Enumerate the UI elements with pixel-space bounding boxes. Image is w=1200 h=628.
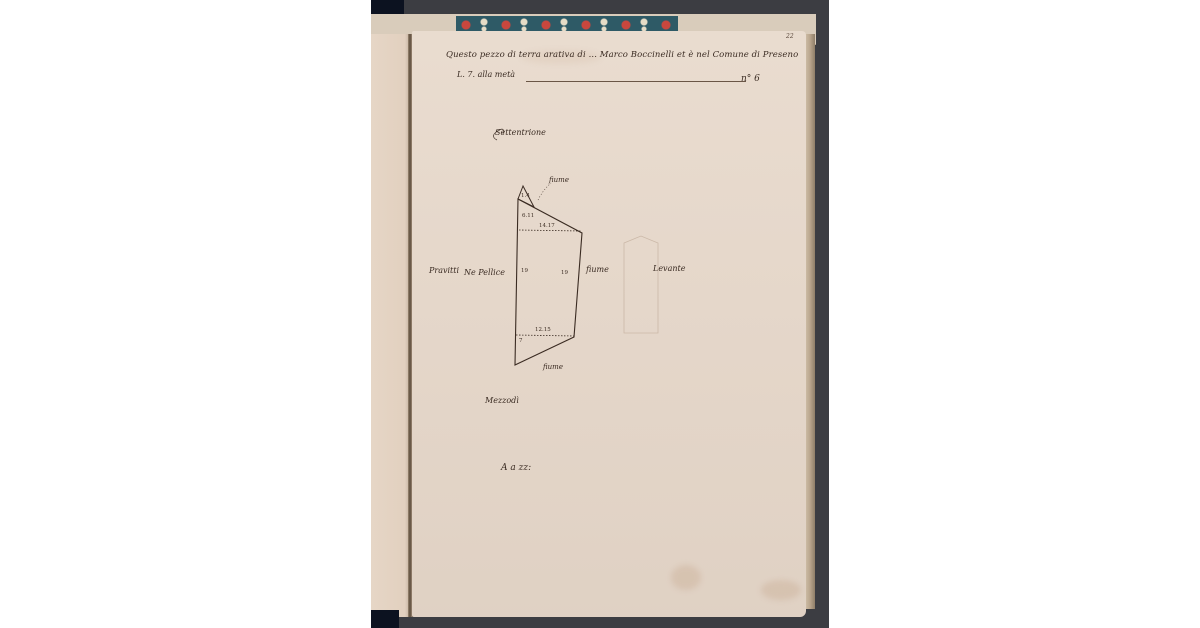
measure-right-side: 19 [561, 270, 568, 276]
header-title-line: Questo pezzo di terra arativa di ... Mar… [446, 50, 798, 60]
paper-stain [761, 580, 801, 600]
river-label-top: fiume [549, 176, 569, 184]
measure-bottom-corner: 7 [519, 338, 523, 344]
paper-stain [671, 565, 701, 590]
lot-number: n° 6 [741, 74, 760, 84]
book-gutter [408, 34, 412, 617]
scanner-bed-bottom [371, 610, 399, 628]
manuscript-page [412, 31, 806, 617]
boundary-west-name: Ne Pellice [464, 268, 505, 277]
left-page-edge [371, 34, 413, 617]
area-label: A a zz: [501, 463, 531, 473]
boundary-east-label: fiume [586, 265, 609, 274]
header-value-line: L. 7. alla metà [457, 70, 515, 79]
measure-top-width: 14.17 [539, 223, 555, 229]
measure-left-side: 19 [521, 268, 528, 274]
river-label-bottom: fiume [543, 363, 563, 371]
header-rule [526, 81, 746, 82]
triangle-measure: 1.4 [521, 193, 530, 199]
manuscript-scan: 22 Questo pezzo di terra arativa di ... … [371, 0, 829, 628]
measure-top-corner: 6.11 [522, 213, 534, 219]
measure-bottom-width: 12.15 [535, 327, 551, 333]
boundary-west-owner: Pravitti [429, 266, 459, 275]
boundary-south-label: Mezzodì [485, 396, 519, 405]
boundary-north-label: Settentrione [495, 128, 546, 137]
boundary-east-far-label: Levante [653, 264, 685, 273]
page-number: 22 [786, 33, 794, 40]
